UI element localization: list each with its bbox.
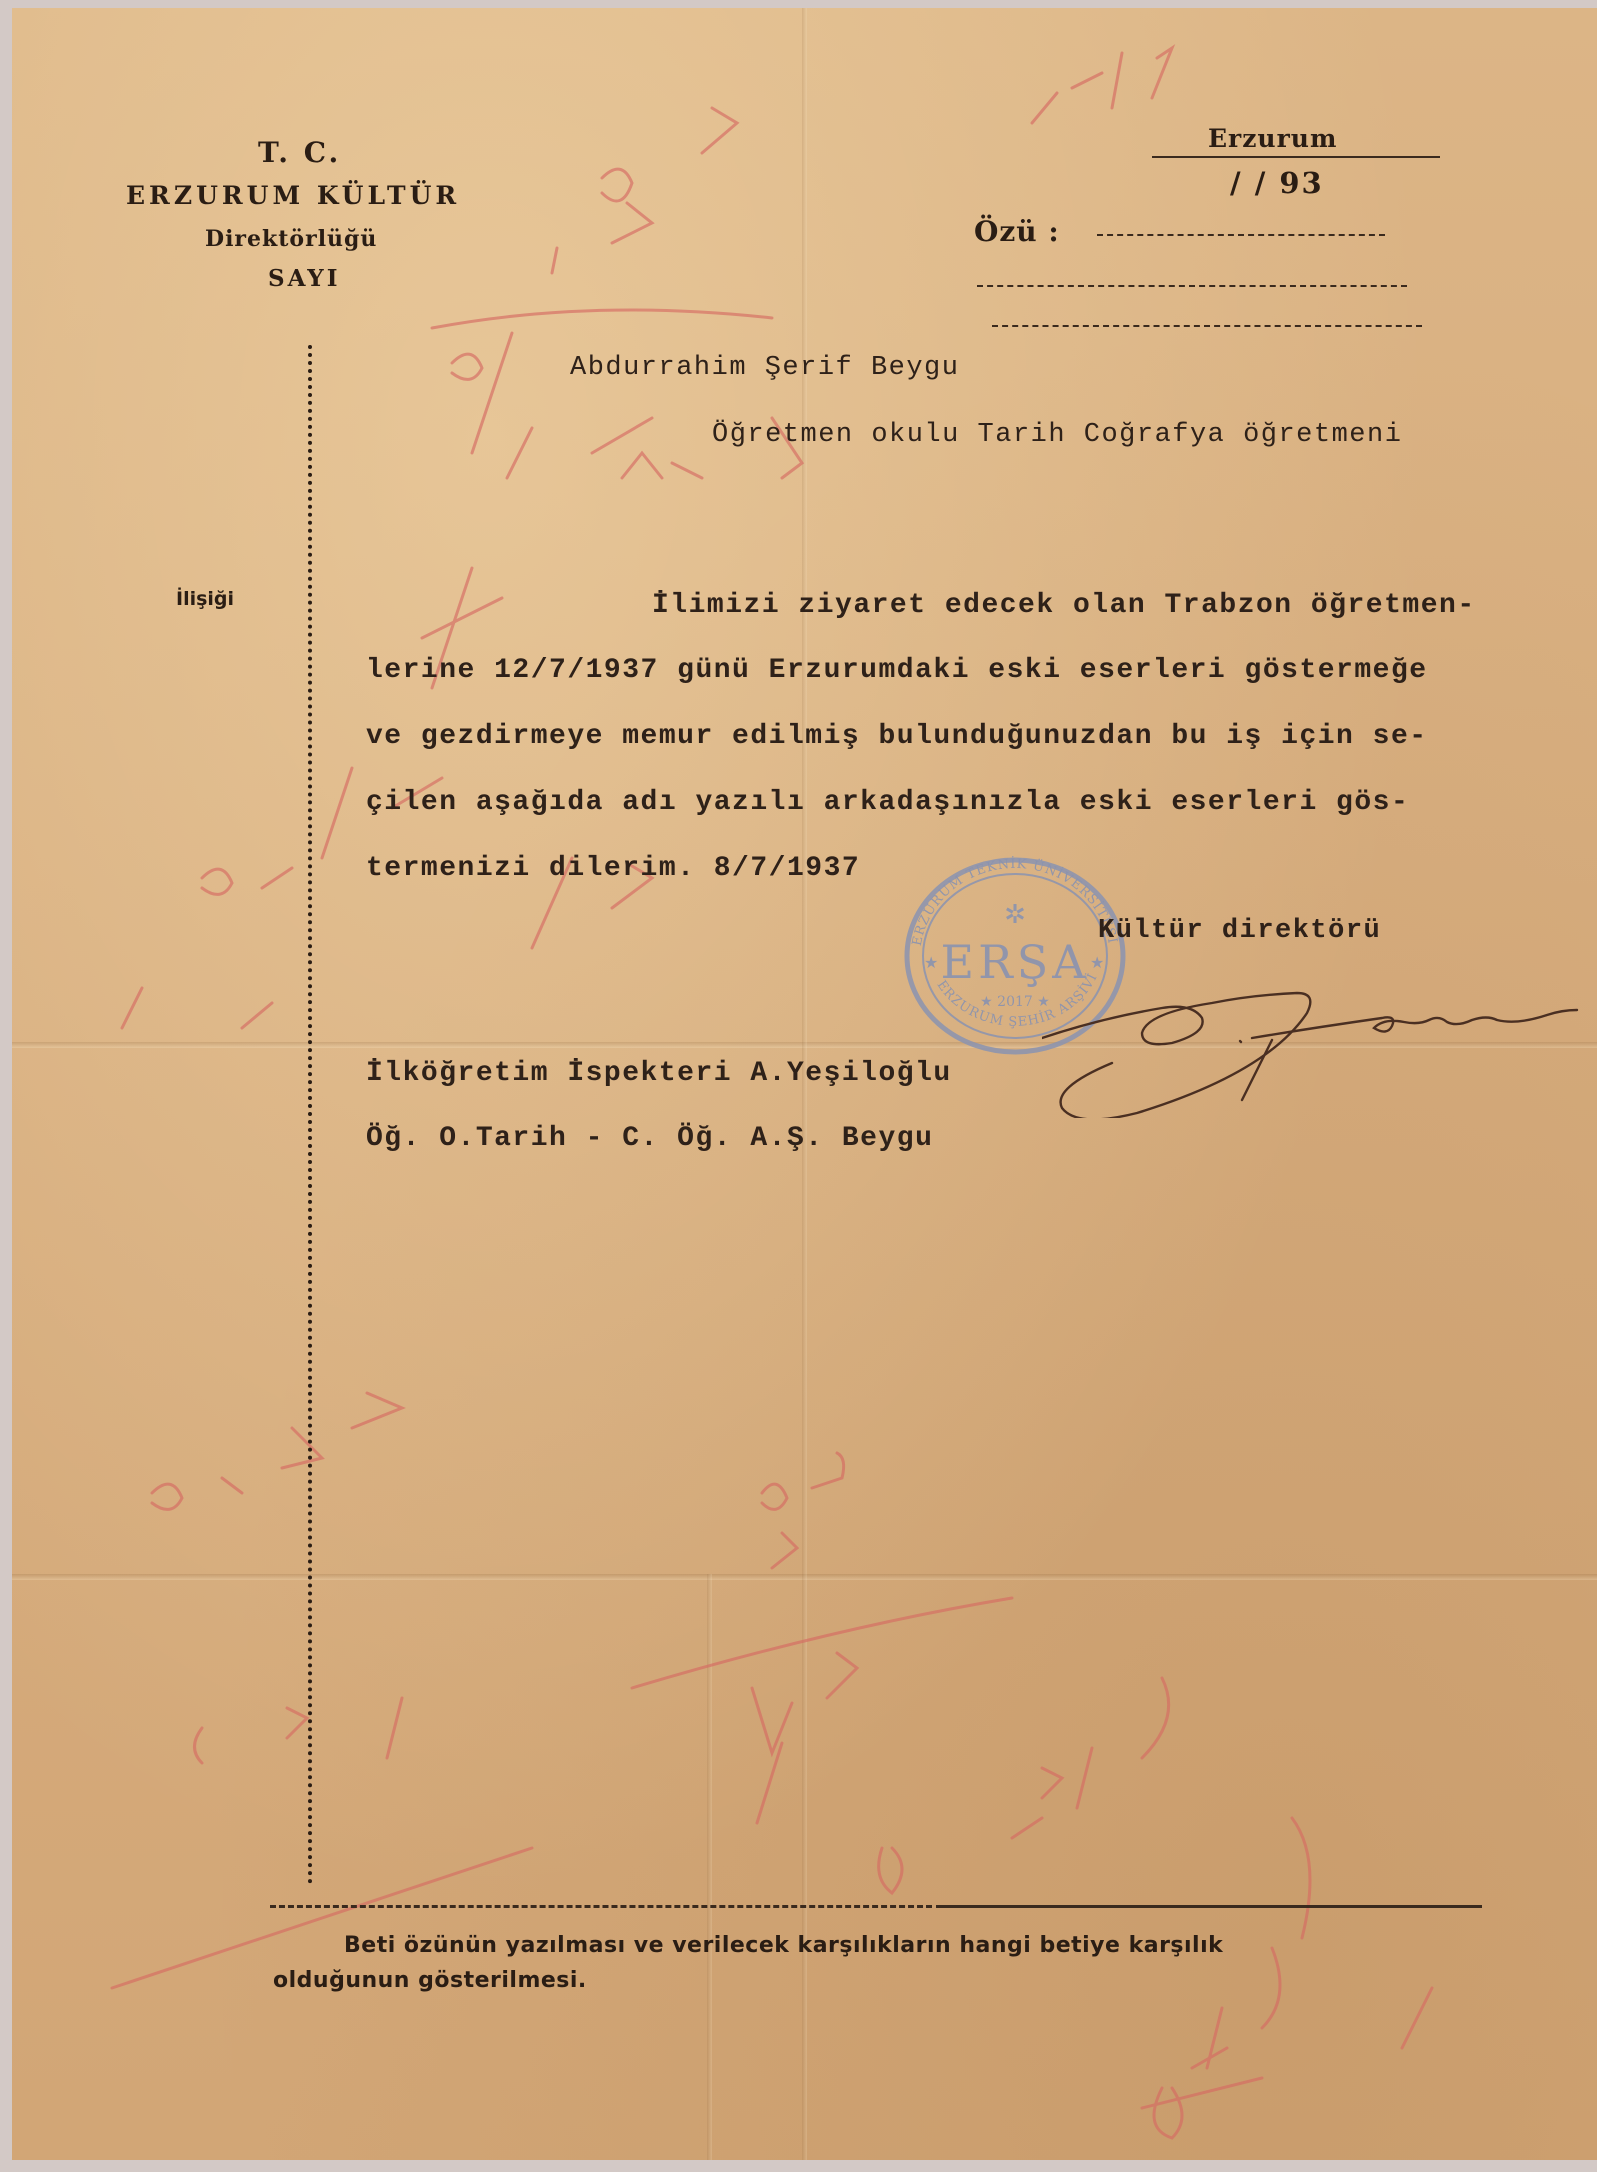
recipient-title: Öğretmen okulu Tarih Coğrafya öğretmeni — [712, 420, 1402, 450]
ilisigi-label: İlişiği — [176, 588, 234, 610]
ozu-line-3 — [992, 325, 1422, 327]
ozu-label: Özü : — [974, 215, 1060, 248]
body-line-1: İlimizi ziyaret edecek olan Trabzon öğre… — [652, 590, 1476, 621]
letterhead-tc: T. C. — [258, 136, 341, 169]
signatory-title: Kültür direktörü — [1098, 916, 1381, 946]
fold-line-horizontal-2 — [12, 1574, 1597, 1580]
letterhead-sayi: SAYI — [268, 265, 341, 292]
recipient-name: Abdurrahim Şerif Beygu — [570, 353, 959, 383]
letterhead-directorate: Direktörlüğü — [205, 226, 377, 252]
svg-text:★: ★ — [924, 953, 938, 972]
date-rule — [1152, 156, 1440, 158]
svg-text:★ 2017 ★: ★ 2017 ★ — [980, 994, 1050, 1010]
footer-rule-dashed — [270, 1905, 932, 1908]
ozu-line-2 — [977, 285, 1407, 287]
cc-recipient-2: Öğ. O.Tarih - C. Öğ. A.Ş. Beygu — [366, 1123, 933, 1154]
margin-dotted-line — [308, 345, 312, 1885]
body-line-5: termenizi dilerim. 8/7/1937 — [366, 853, 860, 884]
footer-instruction-line-1: Beti özünün yazılması ve verilecek karşı… — [344, 1933, 1223, 1958]
footer-rule-solid — [936, 1905, 1482, 1908]
date-city: Erzurum — [1208, 124, 1337, 153]
date-value: / / 93 — [1230, 166, 1324, 200]
ozu-line-1 — [1097, 234, 1385, 236]
footer-instruction-line-2: olduğunun gösterilmesi. — [273, 1968, 587, 1993]
handwritten-signature — [1042, 968, 1597, 1118]
body-line-3: ve gezdirmeye memur edilmiş bulunduğunuz… — [366, 721, 1428, 752]
fold-line-vertical-lower — [707, 1574, 712, 2160]
body-line-2: lerine 12/7/1937 günü Erzurumdaki eski e… — [366, 655, 1428, 686]
body-line-4: çilen aşağıda adı yazılı arkadaşınızla e… — [366, 787, 1409, 818]
cc-recipient-1: İlköğretim İspekteri A.Yeşiloğlu — [366, 1058, 952, 1089]
svg-text:✲: ✲ — [1004, 900, 1026, 930]
letterhead-institution: ERZURUM KÜLTÜR — [126, 181, 460, 210]
document-page: T. C. ERZURUM KÜLTÜR Direktörlüğü SAYI E… — [12, 8, 1597, 2160]
